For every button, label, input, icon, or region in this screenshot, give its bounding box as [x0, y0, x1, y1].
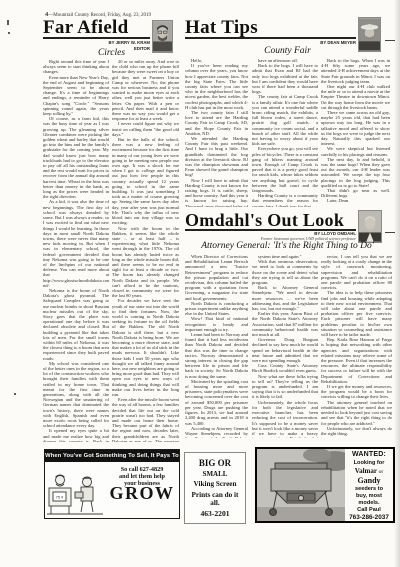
- scan-artifact: [14, 393, 16, 395]
- seeder-graphic: [257, 449, 345, 521]
- paragraph: It opened my eyes quite a bit and made m…: [43, 428, 109, 442]
- wanted-line3: buy, most: [345, 493, 393, 500]
- wanted-brand2: Gandy: [345, 476, 393, 486]
- paragraph: There we came across an old guy, maybe 2…: [321, 110, 390, 146]
- scan-artifact: [8, 32, 10, 34]
- paragraph: Earlier this year, Aaron Birst of the No…: [252, 311, 318, 337]
- viking-line3: Prints can do it all.: [186, 491, 244, 507]
- paragraph: Right around this time of year I always …: [43, 59, 109, 75]
- paragraph: That didn't go near as well. Different h…: [321, 188, 390, 198]
- paragraph: The attorney general touched on rehabili…: [321, 400, 392, 426]
- wanted-line1: Looking for: [345, 460, 393, 467]
- paragraph: As a kid, it was also the time of new be…: [43, 199, 109, 287]
- paragraph: Now with the boom in the Bakken, it seem…: [112, 226, 179, 299]
- paragraph: Even after the missile boom went the way…: [112, 397, 179, 442]
- paragraph: Rep. Karla Rose Hanson of Fargo is hopin…: [321, 337, 392, 384]
- newspaper-page: 4—Mountrail County Record, Friday, Aug. …: [0, 0, 400, 567]
- hat-tips-title: Hat Tips: [185, 18, 258, 37]
- circles-column-2: 20 or so miles away. And woe to the chil…: [112, 59, 179, 442]
- circles-column-1: Right around this time of year I always …: [43, 59, 109, 442]
- paragraph: The next day, lo and behold, it was the …: [321, 157, 390, 188]
- lemonade-stand-cartoon: 75 ¢: [45, 462, 105, 516]
- paragraph: Cass County State's Attorney Birch Burdi…: [252, 363, 318, 373]
- paragraph: North Dakota is conducting a prison expe…: [185, 301, 248, 317]
- omdahl-column-3: rector, I can tell you that we are reall…: [321, 254, 392, 438]
- paragraph: One night our 4-H club walked the mile o…: [321, 84, 390, 110]
- far-afield-title: Far Afield: [43, 18, 129, 37]
- paragraph: 20 or so miles away. And woe to the chil…: [112, 59, 179, 121]
- paragraph: Nekoma is the home of North Dakota's gho…: [43, 288, 109, 361]
- hat-tips-byline: BY DEAN MEYER: [185, 40, 356, 46]
- paragraph: Back to Attorney General Stenehjem: "We …: [252, 285, 318, 311]
- paragraph: Harding County is a community that remem…: [252, 193, 318, 207]
- wanted-line2: seeders to: [345, 486, 393, 493]
- advertise-copy: So call 627-4829 and let them help your …: [105, 462, 179, 518]
- paragraph: Unfortunately, the whole focus for both …: [252, 400, 318, 438]
- valmar-brand: Valmar: [355, 467, 377, 475]
- paragraph: The county fair at Camp Crook is a famil…: [252, 94, 318, 146]
- seeder-photo: [257, 449, 345, 521]
- paragraph: Later, Dean: [321, 198, 390, 203]
- advertise-ad: When You've Got Something To Sell, It Pa…: [44, 449, 180, 519]
- paragraph: Of course, as a farm kid, this was the b…: [43, 116, 109, 199]
- paragraph: I never could figure out why we insist o…: [112, 121, 179, 137]
- paragraph: The two county fairs I still love to att…: [185, 110, 248, 136]
- paragraph: Back to the hogs. When I was in 4-H fift…: [321, 58, 390, 84]
- paragraph: But in the halls of the school, there wa…: [112, 137, 179, 225]
- viking-line2: Viking Screen: [186, 480, 244, 488]
- wanted-text: WANTED: Looking for Valmar or Gandy seed…: [345, 449, 393, 521]
- wanted-phone: 763-286-2037: [345, 514, 393, 522]
- paragraph: Now what are these folks trying to tell …: [252, 374, 318, 400]
- divider: [185, 37, 356, 39]
- paragraph: With that ominous observation, we need t…: [252, 259, 318, 285]
- paragraph: We were skeptical but listened carefully…: [321, 146, 390, 156]
- paragraph: Back to the hogs. I will have to admit t…: [252, 63, 318, 94]
- omdahl-headline: Attorney General: 'It's the Right Thing …: [185, 241, 390, 251]
- paragraph: If we get the money and resources, the p…: [321, 384, 392, 400]
- omdahl-byline: BY LLOYD OMDAHL: [185, 231, 356, 237]
- wanted-title: WANTED:: [345, 451, 393, 460]
- viking-line1: BIG OR SMALL: [186, 458, 244, 478]
- crop-mark: [385, 40, 395, 41]
- paragraph: rector, I can tell you that we are reall…: [321, 254, 392, 290]
- headshot-graphic: [359, 211, 381, 242]
- paragraph: Governor Doug Burgum declined to say how…: [252, 337, 318, 363]
- paragraph: Leann had been to Norway and found that …: [185, 332, 248, 379]
- paragraph: The idea is to help these prisoners find…: [321, 290, 392, 337]
- paragraph: Even more than New Year's Day, the end o…: [43, 75, 109, 117]
- wanted-line4: models.: [345, 500, 393, 507]
- paragraph: My school was considered one of the bett…: [43, 361, 109, 429]
- county-fair-heading: County Fair: [185, 46, 390, 56]
- paragraph: If you've been reading my column over th…: [185, 63, 248, 110]
- paragraph: For decades we have sent the youth of ou…: [112, 298, 179, 397]
- wanted-ad: WANTED: Looking for Valmar or Gandy seed…: [255, 447, 395, 523]
- omdahl-title: Omdahl's Out Look: [185, 211, 344, 229]
- omdahl-column-2: system time and again."With that ominous…: [252, 254, 318, 438]
- viking-small: SMALL: [203, 470, 228, 478]
- paragraph: Now I will have to admit that Harding Co…: [185, 178, 248, 207]
- grow-word: GROW: [105, 490, 179, 497]
- circles-heading: Circles: [43, 48, 180, 58]
- paragraph: When Director of Corrections and Rehabil…: [185, 254, 248, 301]
- stand-sign-text: 75 ¢: [56, 495, 64, 500]
- paragraph: Unfortunately, we don't always do the ri…: [321, 426, 392, 436]
- county-fair-column-3: Back to the hogs. When I was in 4-H fift…: [321, 58, 390, 207]
- scan-artifact: [7, 20, 9, 25]
- lloyd-omdahl-photo: [358, 210, 382, 243]
- paragraph: Everywhere you go, you will see piles of…: [252, 146, 318, 193]
- wanted-call: Call Paul: [345, 507, 393, 514]
- paragraph: We attended the Harding County Fair this…: [185, 136, 248, 178]
- advertise-banner: When You've Got Something To Sell, It Pa…: [45, 450, 179, 462]
- or-word: or: [379, 469, 384, 475]
- paragraph: Motivated by the spiraling cost of housi…: [185, 379, 248, 426]
- omdahl-column-1: When Director of Corrections and Rehabil…: [185, 254, 248, 438]
- viking-big: BIG OR: [199, 458, 231, 468]
- paragraph: Wow! That kind of national recognition i…: [185, 316, 248, 332]
- county-fair-column-2: have an afternoon off.Back to the hogs. …: [252, 58, 318, 207]
- viking-phone: 463-2201: [186, 509, 244, 518]
- crop-mark: [385, 232, 395, 233]
- advertise-line2: and let them help: [105, 473, 179, 480]
- wanted-brand1: Valmar or: [345, 467, 393, 476]
- viking-ad: BIG OR SMALL Viking Screen Prints can do…: [184, 452, 246, 524]
- county-fair-column-1: Hello,If you've been reading my column o…: [185, 58, 248, 207]
- advertise-line1: So call 627-4829: [105, 466, 179, 473]
- divider: [43, 37, 150, 39]
- paragraph: According to Attorney General Wayne Sten…: [185, 426, 248, 438]
